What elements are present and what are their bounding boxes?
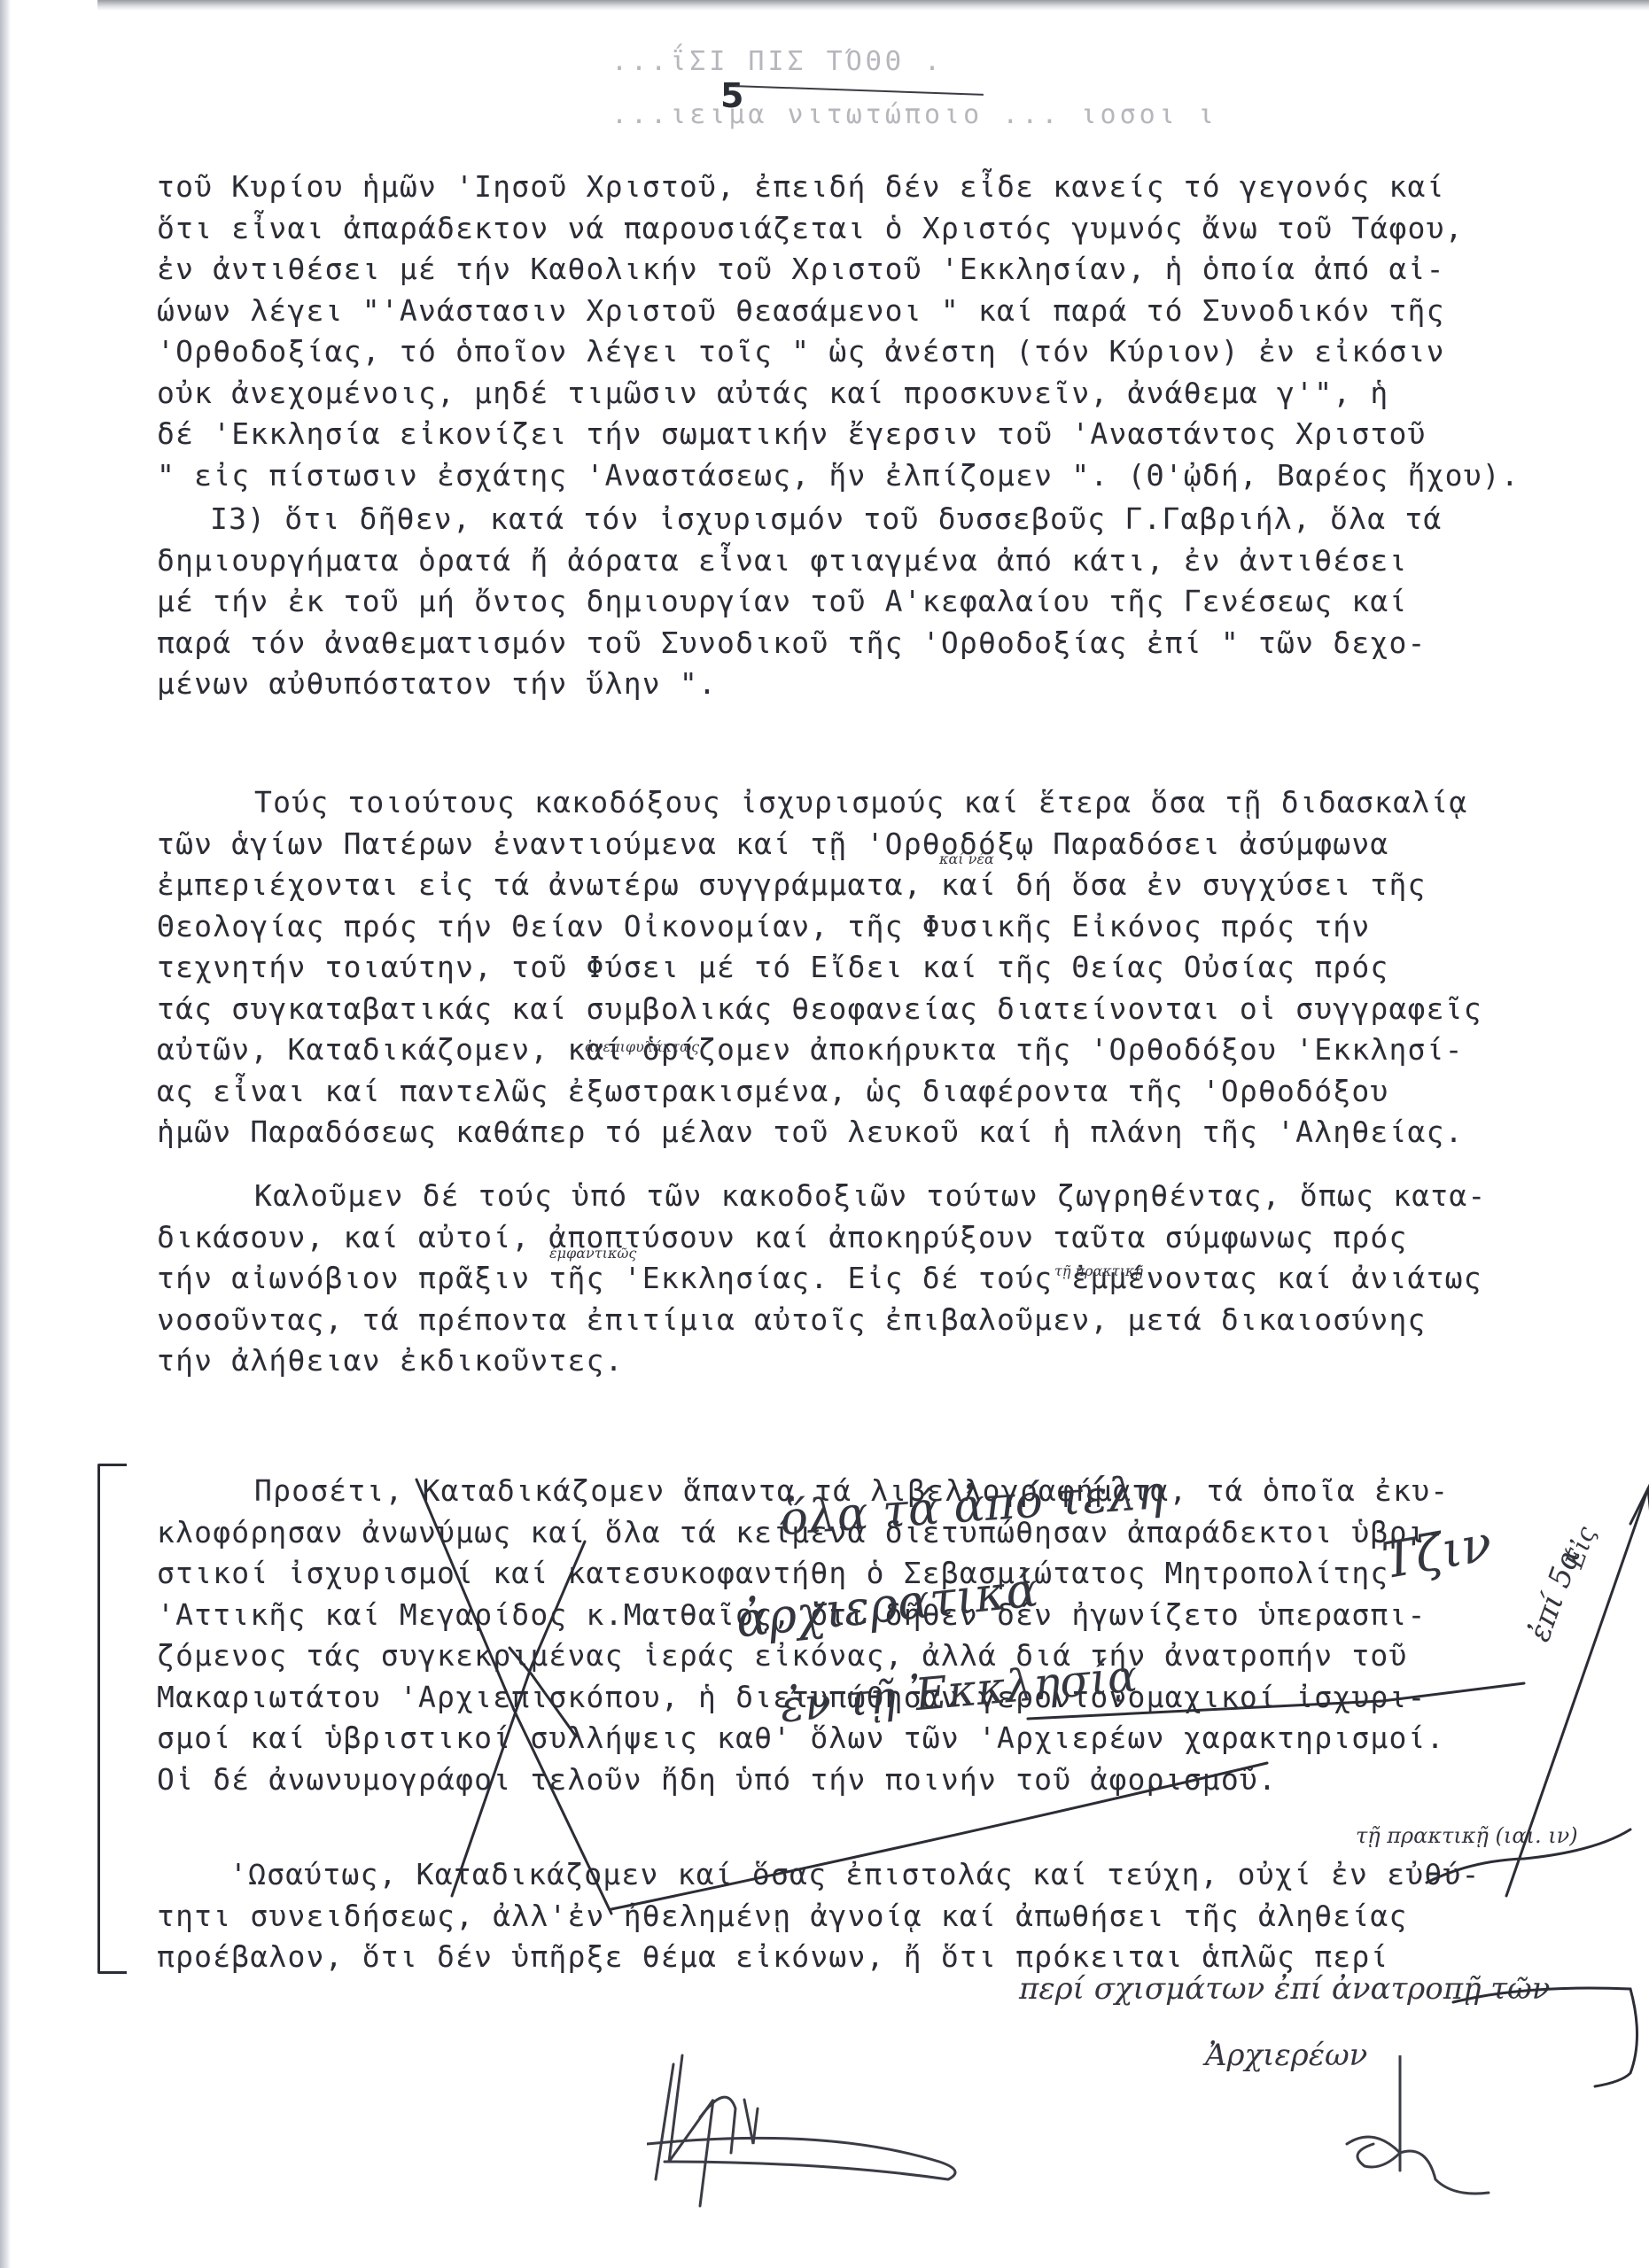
text-line: τήν ἀλήθειαν ἐκδικοῦντες. [157,1340,1539,1382]
text-line: Θεολογίας πρός τήν Θείαν Οἰκονομίαν, τῆς… [157,906,1539,948]
text-line: ἡμῶν Παραδόσεως καθάπερ τό μέλαν τοῦ λευ… [157,1112,1539,1153]
text-line: αὐτῶν, Καταδικάζομεν, καί ὁρίζομεν ἀποκή… [157,1029,1539,1071]
text-line: τητι συνειδήσεως, ἀλλ'ἐν ἠθελημένῃ ἀγνοί… [157,1896,1539,1938]
text-line: τήν αἰωνόβιον πρᾶξιν τῆς 'Εκκλησίας. Εἰς… [157,1258,1539,1300]
text-line: τάς συγκαταβατικάς καί συμβολικάς θεοφαν… [157,989,1539,1030]
text-line: τοῦ Κυρίου ἡμῶν 'Ιησοῦ Χριστοῦ, ἐπειδή δ… [157,167,1539,208]
paragraph-condemnation: Τούς τοιούτους κακοδόξους ἰσχυρισμούς κα… [157,782,1539,1153]
text-line: οὐκ ἀνεχομένοις, μηδέ τιμῶσιν αὐτάς καί … [157,373,1539,415]
annotation-interlinear-3: ἐμφαντικῶς [549,1245,636,1262]
text-line: δικάσουν, καί αὐτοί, ἀποπτύσουν καί ἀποκ… [157,1217,1539,1259]
faded-header-line-1: ...ΐΣΙ ΠΙΣ ΤΌΘΘ . [611,46,944,77]
paragraph-final: 'Ωσαύτως, Καταδικάζομεν καί ὅσας ἐπιστολ… [157,1854,1539,1978]
annotation-interlinear-2: ἀνεπιφυλάκτως [585,1038,699,1055]
faded-header-line-2: ...ιειμα νιτωτώποιο ... ιοσοι ι [611,99,1217,130]
annotation-insertion-top: τῇ πρακτικῇ (ιαι. ιν) [1356,1823,1578,1848]
text-line: μένων αὐθυπόστατον τήν ὕλην ". [157,664,1539,705]
margin-arrow-head [1630,1488,1649,1533]
annotation-insertion-bottom-1: περί σχισμάτων ἐπί ἀνατροπῇ τῶν [1019,1971,1550,2007]
text-line: ώνων λέγει "'Ανάστασιν Χριστοῦ θεασάμενο… [157,291,1539,332]
text-line: ζόμενος τάς συγκεκριμένας ἱεράς εἰκόνας,… [157,1635,1539,1677]
signature-left [647,2047,1001,2224]
paragraph-item-13: Ι3) ὅτι δῆθεν, κατά τόν ἰσχυρισμόν τοῦ δ… [157,499,1539,705]
paragraph-continuation: τοῦ Κυρίου ἡμῶν 'Ιησοῦ Χριστοῦ, ἐπειδή δ… [157,167,1539,496]
text-line: Ι3) ὅτι δῆθεν, κατά τόν ἰσχυρισμόν τοῦ δ… [157,499,1539,540]
signature-right [1329,2055,1577,2215]
text-line: νοσοῦντας, τά πρέποντα ἐπιτίμια αὐτοῖς ἐ… [157,1300,1539,1341]
text-line: δέ 'Εκκλησία εἰκονίζει τήν σωματικήν ἔγε… [157,414,1539,455]
text-line: " εἰς πίστωσιν ἐσχάτης 'Αναστάσεως, ἥν ἐ… [157,455,1539,497]
text-line: 'Ωσαύτως, Καταδικάζομεν καί ὅσας ἐπιστολ… [157,1854,1539,1896]
text-line: μέ τήν ἐκ τοῦ μή ὄντος δημιουργίαν τοῦ Α… [157,581,1539,623]
text-line: τεχνητήν τοιαύτην, τοῦ Φύσει μέ τό Εἴδει… [157,947,1539,989]
text-line: δημιουργήματα ὁρατά ἤ ἀόρατα εἶναι φτιαγ… [157,540,1539,582]
text-line: 'Ορθοδοξίας, τό ὁποῖον λέγει τοῖς " ὡς ἀ… [157,331,1539,373]
text-line: ὅτι εἶναι ἀπαράδεκτον νά παρουσιάζεται ὁ… [157,208,1539,250]
scan-top-shadow [97,0,1649,11]
text-line: ἐμπεριέχονται εἰς τά ἀνωτέρω συγγράμματα… [157,865,1539,906]
annotation-interlinear-1: καί νέα [939,850,994,867]
paragraph-call: Καλοῦμεν δέ τούς ὑπό τῶν κακοδοξιῶν τούτ… [157,1176,1539,1382]
faded-header: ...ΐΣΙ ΠΙΣ ΤΌΘΘ . ...ιειμα νιτωτώποιο ..… [611,46,1542,144]
text-line: Τούς τοιούτους κακοδόξους ἰσχυρισμούς κα… [157,782,1539,824]
margin-bracket [97,1464,127,1974]
scan-page-edge [0,0,11,2268]
text-line: ἐν ἀντιθέσει μέ τήν Καθολικήν τοῦ Χριστο… [157,249,1539,291]
text-line: ας εἶναι καί παντελῶς ἐξωστρακισμένα, ὡς… [157,1071,1539,1113]
text-line: παρά τόν ἀναθεματισμόν τοῦ Συνοδικοῦ τῆς… [157,623,1539,664]
text-line: τῶν ἁγίων Πατέρων ἐναντιούμενα καί τῇ 'Ο… [157,824,1539,866]
text-line: Καλοῦμεν δέ τούς ὑπό τῶν κακοδοξιῶν τούτ… [157,1176,1539,1217]
annotation-interlinear-4: τῇ πρακτικῇ [1054,1262,1143,1279]
text-line: Οἱ δέ ἀνωνυμογράφοι τελοῦν ἤδη ὑπό τήν π… [157,1759,1539,1801]
page-number: 5 [720,76,743,115]
